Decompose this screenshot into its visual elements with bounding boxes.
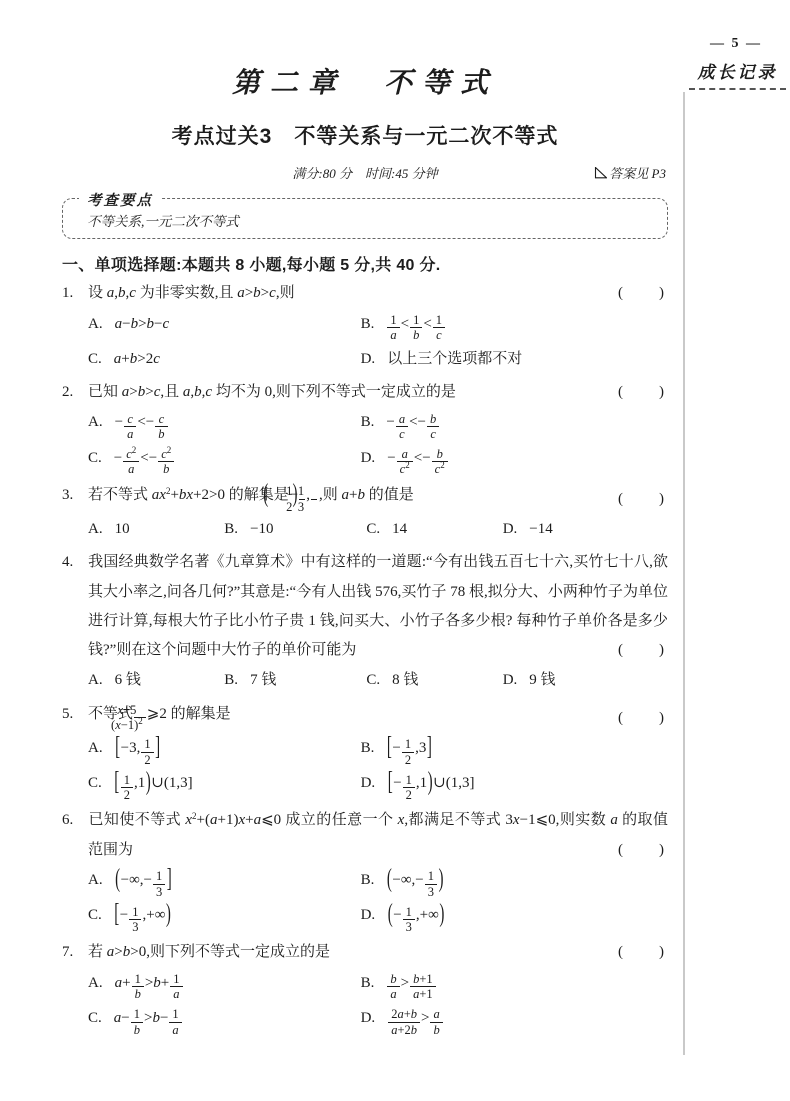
- question-number: 5.: [62, 700, 88, 729]
- option-text: a+b>2c: [114, 351, 160, 367]
- option-c: C.a−1b>b−1a: [88, 1003, 361, 1038]
- question-number: 2.: [62, 378, 88, 407]
- option-a: A.10: [88, 514, 224, 545]
- fraction: 13: [153, 869, 165, 899]
- section-heading: 一、单项选择题:本题共 8 小题,每小题 5 分,共 40 分.: [62, 252, 668, 275]
- option-label: D.: [503, 672, 518, 688]
- math-expression: a>b>c: [122, 384, 161, 400]
- option-label: D.: [361, 907, 376, 923]
- key-points-box: 考查要点 不等关系,一元二次不等式: [62, 198, 668, 239]
- fraction: bc2: [432, 447, 448, 477]
- option-label: B.: [361, 975, 375, 991]
- math-expression: a−1b>b−1a: [114, 1010, 183, 1026]
- question-7: 7.若 a>b>0,则下列不等式一定成立的是( )A.a+1b>b+1aB.ba…: [62, 938, 668, 1038]
- math-expression: (−∞,−13]: [115, 872, 173, 888]
- option-text: 9 钱: [529, 672, 555, 688]
- question-5: 5.不等式x+5(x−1)2⩾2 的解集是( )A.[−3,12]B.[−12,…: [62, 700, 668, 804]
- options: A.6 钱B.7 钱C.8 钱D.9 钱: [62, 665, 668, 696]
- question-1: 1.设 a,b,c 为非零实数,且 a>b>c,则( )A.a−b>b−cB.1…: [62, 279, 668, 375]
- fraction: ca: [124, 412, 136, 442]
- option-d: D.9 钱: [503, 665, 668, 696]
- option-text: 以上三个选项都不对: [387, 351, 522, 367]
- math-expression: −ac2<−bc2: [387, 450, 449, 466]
- exam-meta: 满分:80 分 时间:45 分钟: [292, 166, 437, 181]
- math-expression: (−12,13): [289, 487, 319, 503]
- exam-meta-row: 满分:80 分 时间:45 分钟 答案见 P3: [62, 166, 668, 183]
- fraction: 1a: [169, 1007, 181, 1037]
- option-c: C.[12,1)∪(1,3]: [88, 768, 361, 803]
- option-label: B.: [224, 672, 238, 688]
- question-text: 设 a,b,c 为非零实数,且 a>b>c,则: [88, 285, 295, 301]
- main-content: 第二章 不等式 考点过关3 不等关系与一元二次不等式 满分:80 分 时间:45…: [62, 0, 668, 1041]
- option-b: B.[−12,3]: [361, 733, 668, 768]
- math-expression: a>b>c: [237, 285, 276, 301]
- fraction: 12: [403, 773, 415, 803]
- big-bracket: [: [114, 890, 120, 941]
- math-expression: [−13,+∞): [114, 907, 172, 923]
- option-label: A.: [88, 975, 103, 991]
- big-bracket: ): [318, 470, 319, 521]
- option-text: ba>b+1a+1: [386, 975, 436, 991]
- math-expression: [−12,3]: [386, 740, 432, 756]
- option-label: B.: [361, 740, 375, 756]
- math-expression: x2+(a+1)x+a⩽0: [185, 812, 281, 828]
- sidebar-title: 成长记录: [689, 58, 786, 90]
- option-b: B.−ac<−bc: [361, 407, 668, 442]
- math-expression: a>b>0: [107, 944, 146, 960]
- answer-triangle-icon: [594, 167, 607, 179]
- big-bracket: [: [387, 758, 393, 809]
- math-expression: [12,1)∪(1,3]: [114, 775, 193, 791]
- option-label: D.: [361, 450, 376, 466]
- options: A.10B.−10C.14D.−14: [62, 514, 668, 545]
- big-bracket: ): [165, 890, 171, 941]
- big-bracket: ): [145, 758, 151, 809]
- page-number: — 5 —: [686, 36, 786, 52]
- option-label: D.: [361, 351, 376, 367]
- fraction: 13: [425, 869, 437, 899]
- big-bracket: ): [427, 758, 433, 809]
- option-b: B.−10: [224, 514, 366, 545]
- fraction: 13: [311, 484, 317, 514]
- option-label: A.: [88, 872, 103, 888]
- fraction: cb: [155, 412, 167, 442]
- answer-bracket: ( ): [618, 485, 666, 514]
- fraction: ac2: [397, 447, 413, 477]
- options: A.[−3,12]B.[−12,3]C.[12,1)∪(1,3]D.[−12,1…: [62, 733, 668, 804]
- option-a: A.[−3,12]: [88, 733, 361, 768]
- option-label: A.: [88, 521, 103, 537]
- fraction: c2a: [123, 447, 139, 477]
- option-label: C.: [366, 672, 380, 688]
- fraction: 13: [129, 905, 141, 935]
- options: A.−ca<−cbB.−ac<−bcC.−c2a<−c2bD.−ac2<−bc2: [62, 407, 668, 478]
- option-label: C.: [88, 775, 102, 791]
- math-expression: −14: [529, 521, 552, 537]
- option-text: (−∞,−13]: [115, 872, 173, 888]
- option-b: B.1a<1b<1c: [361, 309, 668, 344]
- answer-bracket: ( ): [618, 704, 666, 733]
- option-text: −ca<−cb: [115, 414, 169, 430]
- option-label: C.: [88, 907, 102, 923]
- question-3: 3.若不等式 ax2+bx+2>0 的解集是(−12,13),则 a+b 的值是…: [62, 481, 668, 546]
- fraction: 12: [121, 773, 133, 803]
- option-a: A.a+1b>b+1a: [88, 968, 361, 1003]
- option-b: B.(−∞,−13): [361, 865, 668, 900]
- fraction: c2b: [158, 447, 174, 477]
- option-text: −10: [250, 521, 273, 537]
- fraction: 2a+ba+2b: [388, 1007, 420, 1037]
- fraction: 1b: [410, 313, 422, 343]
- fraction: 1c: [433, 313, 445, 343]
- option-label: D.: [361, 1010, 376, 1026]
- fraction: ac: [396, 412, 408, 442]
- math-expression: a: [610, 812, 618, 828]
- option-b: B.ba>b+1a+1: [361, 968, 668, 1003]
- math-expression: −ca<−cb: [115, 414, 169, 430]
- question-text: 已知使不等式 x2+(a+1)x+a⩽0 成立的任意一个 x,都满足不等式 3x…: [88, 812, 668, 857]
- big-bracket: (: [387, 890, 393, 941]
- option-text: 2a+ba+2b>ab: [387, 1010, 444, 1026]
- answer-bracket: ( ): [618, 636, 666, 665]
- option-text: (−13,+∞): [387, 907, 445, 923]
- option-text: [−12,3]: [386, 740, 432, 756]
- math-expression: −10: [250, 521, 273, 537]
- option-label: C.: [366, 521, 380, 537]
- option-text: a+1b>b+1a: [115, 975, 184, 991]
- answer-bracket: ( ): [618, 279, 666, 308]
- question-4: 4.我国经典数学名著《九章算术》中有这样的一道题:“今有出钱五百七十六,买竹七十…: [62, 548, 668, 696]
- option-text: [12,1)∪(1,3]: [114, 775, 193, 791]
- math-expression: (−13,+∞): [387, 907, 445, 923]
- answer-ref-label: 答案见 P3: [609, 166, 666, 181]
- answer-ref: 答案见 P3: [594, 166, 666, 183]
- math-expression: (−∞,−13): [386, 872, 444, 888]
- question-stem: 4.我国经典数学名著《九章算术》中有这样的一道题:“今有出钱五百七十六,买竹七十…: [62, 548, 668, 665]
- option-text: (−∞,−13): [386, 872, 444, 888]
- math-expression: 10: [115, 521, 130, 537]
- math-expression: 2a+ba+2b>ab: [387, 1010, 444, 1026]
- option-a: A.−ca<−cb: [88, 407, 361, 442]
- option-text: 8 钱: [392, 672, 418, 688]
- big-bracket: [: [114, 758, 120, 809]
- question-stem: 6.已知使不等式 x2+(a+1)x+a⩽0 成立的任意一个 x,都满足不等式 …: [62, 806, 668, 865]
- option-label: D.: [361, 775, 376, 791]
- option-text: 14: [392, 521, 407, 537]
- big-bracket: ): [439, 890, 445, 941]
- math-expression: x: [398, 812, 405, 828]
- question-stem: 2.已知 a>b>c,且 a,b,c 均不为 0,则下列不等式一定成立的是( ): [62, 378, 668, 407]
- option-d: D.−ac2<−bc2: [361, 443, 668, 478]
- question-text: 我国经典数学名著《九章算术》中有这样的一道题:“今有出钱五百七十六,买竹七十八,…: [88, 554, 668, 658]
- fraction: 1a: [170, 972, 182, 1002]
- option-d: D.以上三个选项都不对: [361, 344, 668, 375]
- math-expression: 1a<1b<1c: [386, 316, 446, 332]
- option-a: A.6 钱: [88, 665, 224, 696]
- option-b: B.7 钱: [224, 665, 366, 696]
- option-label: A.: [88, 740, 103, 756]
- fraction: b+1a+1: [410, 972, 436, 1002]
- option-text: a−b>b−c: [115, 316, 170, 332]
- fraction: ba: [387, 972, 399, 1002]
- questions: 1.设 a,b,c 为非零实数,且 a>b>c,则( )A.a−b>b−cB.1…: [62, 279, 668, 1038]
- option-label: B.: [361, 414, 375, 430]
- fraction: 1b: [131, 1007, 143, 1037]
- fraction: bc: [427, 412, 439, 442]
- math-expression: ba>b+1a+1: [386, 975, 436, 991]
- math-expression: a,b,c: [183, 384, 212, 400]
- option-d: D.2a+ba+2b>ab: [361, 1003, 668, 1038]
- option-text: −ac<−bc: [386, 414, 440, 430]
- option-text: [−3,12]: [115, 740, 161, 756]
- math-expression: a+1b>b+1a: [115, 975, 184, 991]
- question-2: 2.已知 a>b>c,且 a,b,c 均不为 0,则下列不等式一定成立的是( )…: [62, 378, 668, 478]
- option-d: D.−14: [503, 514, 668, 545]
- option-c: C.a+b>2c: [88, 344, 361, 375]
- option-label: A.: [88, 414, 103, 430]
- option-label: C.: [88, 351, 102, 367]
- option-a: A.a−b>b−c: [88, 309, 361, 344]
- math-expression: a,b,c: [107, 285, 136, 301]
- math-expression: 3x−1⩽0: [505, 812, 555, 828]
- question-number: 7.: [62, 938, 88, 967]
- key-points-content: 不等关系,一元二次不等式: [87, 214, 239, 229]
- answer-bracket: ( ): [618, 938, 666, 967]
- option-label: C.: [88, 1010, 102, 1026]
- question-stem: 3.若不等式 ax2+bx+2>0 的解集是(−12,13),则 a+b 的值是…: [62, 481, 668, 514]
- option-text: [−12,1)∪(1,3]: [387, 775, 474, 791]
- option-text: [−13,+∞): [114, 907, 172, 923]
- options: A.a+1b>b+1aB.ba>b+1a+1C.a−1b>b−1aD.2a+ba…: [62, 968, 668, 1039]
- option-text: −ac2<−bc2: [387, 450, 449, 466]
- question-6: 6.已知使不等式 x2+(a+1)x+a⩽0 成立的任意一个 x,都满足不等式 …: [62, 806, 668, 935]
- math-expression: [−3,12]: [115, 740, 161, 756]
- option-c: C.[−13,+∞): [88, 900, 361, 935]
- option-label: B.: [224, 521, 238, 537]
- answer-bracket: ( ): [618, 378, 666, 407]
- option-text: −14: [529, 521, 552, 537]
- margin-divider-line: [683, 92, 685, 1055]
- question-number: 3.: [62, 481, 88, 510]
- option-d: D.[−12,1)∪(1,3]: [361, 768, 668, 803]
- question-number: 6.: [62, 806, 88, 835]
- option-c: C.14: [366, 514, 502, 545]
- big-bracket: (: [289, 470, 290, 521]
- fraction: 12: [402, 737, 414, 767]
- question-stem: 7.若 a>b>0,则下列不等式一定成立的是( ): [62, 938, 668, 967]
- option-label: C.: [88, 450, 102, 466]
- math-expression: [−12,1)∪(1,3]: [387, 775, 474, 791]
- option-label: A.: [88, 672, 103, 688]
- question-text: 不等式x+5(x−1)2⩾2 的解集是: [88, 706, 231, 722]
- math-expression: x+5(x−1)2⩾2: [133, 706, 167, 722]
- math-expression: a+b: [342, 487, 365, 503]
- math-expression: a+b>2c: [114, 351, 160, 367]
- option-text: 1a<1b<1c: [386, 316, 446, 332]
- option-text: a−1b>b−1a: [114, 1010, 183, 1026]
- option-a: A.(−∞,−13]: [88, 865, 361, 900]
- option-text: 7 钱: [250, 672, 276, 688]
- question-number: 1.: [62, 279, 88, 308]
- question-text: 已知 a>b>c,且 a,b,c 均不为 0,则下列不等式一定成立的是: [88, 384, 456, 400]
- question-text: 若 a>b>0,则下列不等式一定成立的是: [88, 944, 330, 960]
- big-bracket: ]: [155, 723, 161, 774]
- question-number: 4.: [62, 548, 88, 577]
- math-expression: −c2a<−c2b: [114, 450, 176, 466]
- answer-bracket: ( ): [618, 836, 666, 865]
- question-stem: 5.不等式x+5(x−1)2⩾2 的解集是( ): [62, 700, 668, 733]
- fraction: 13: [403, 905, 415, 935]
- fraction: 1a: [387, 313, 399, 343]
- key-points-label: 考查要点: [79, 189, 161, 210]
- math-expression: −ac<−bc: [386, 414, 440, 430]
- option-c: C.−c2a<−c2b: [88, 443, 361, 478]
- section-title: 考点过关3 不等关系与一元二次不等式: [62, 124, 668, 149]
- option-label: B.: [361, 872, 375, 888]
- options: A.(−∞,−13]B.(−∞,−13)C.[−13,+∞)D.(−13,+∞): [62, 865, 668, 936]
- math-expression: a−b>b−c: [115, 316, 170, 332]
- question-stem: 1.设 a,b,c 为非零实数,且 a>b>c,则( ): [62, 279, 668, 308]
- option-text: 6 钱: [115, 672, 141, 688]
- option-label: A.: [88, 316, 103, 332]
- fraction: 1b: [132, 972, 144, 1002]
- fraction: x+5(x−1)2: [134, 703, 146, 733]
- question-text: 若不等式 ax2+bx+2>0 的解集是(−12,13),则 a+b 的值是: [88, 487, 414, 503]
- fraction: ab: [430, 1007, 442, 1037]
- options: A.a−b>b−cB.1a<1b<1cC.a+b>2cD.以上三个选项都不对: [62, 309, 668, 376]
- option-text: 10: [115, 521, 130, 537]
- option-c: C.8 钱: [366, 665, 502, 696]
- chapter-title: 第二章 不等式: [62, 68, 668, 100]
- option-label: B.: [361, 316, 375, 332]
- option-label: D.: [503, 521, 518, 537]
- option-text: −c2a<−c2b: [114, 450, 176, 466]
- math-expression: ax2+bx+2>0: [152, 487, 225, 503]
- math-expression: 14: [392, 521, 407, 537]
- option-d: D.(−13,+∞): [361, 900, 668, 935]
